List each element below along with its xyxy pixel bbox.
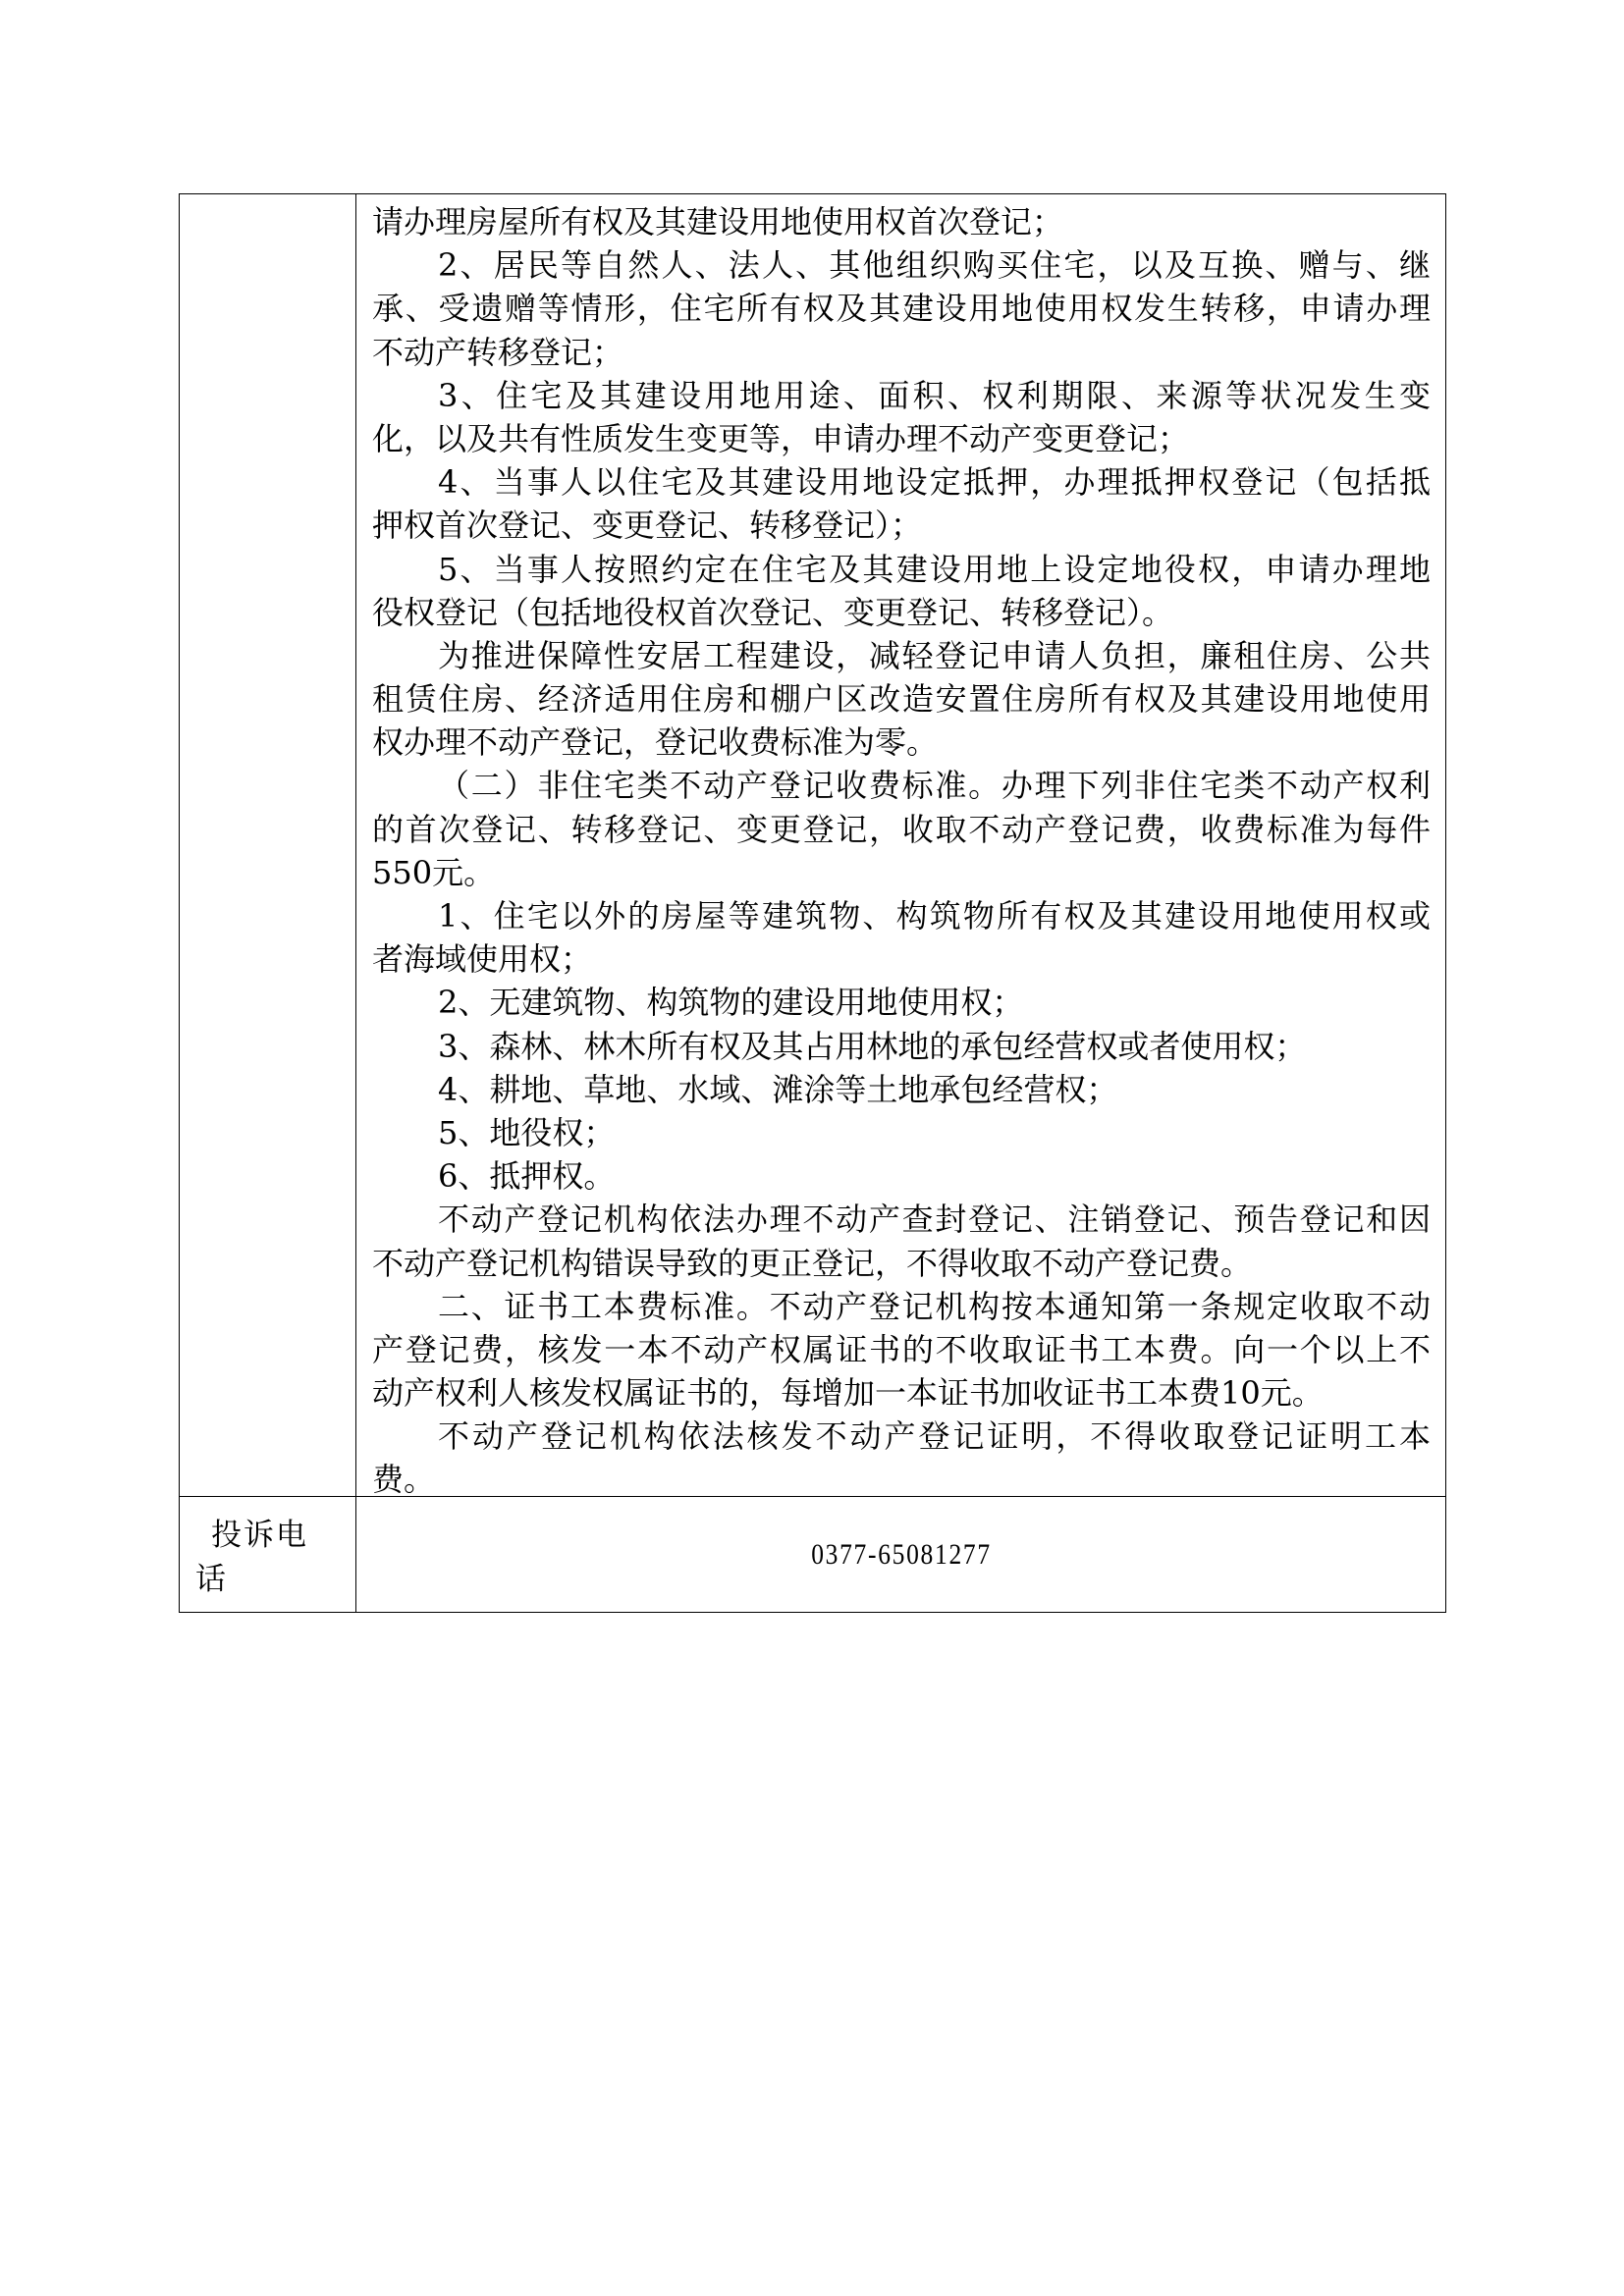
fee-standard-content: 请办理房屋所有权及其建设用地使用权首次登记； 2、居民等自然人、法人、其他组织购… [372,200,1431,1502]
content-line: 化，以及共有性质发生变更等，申请办理不动产变更登记； [372,417,1431,460]
content-line: 租赁住房、经济适用住房和棚户区改造安置住房所有权及其建设用地使用 [372,677,1431,721]
content-line: 二、证书工本费标准。不动产登记机构按本通知第一条规定收取不动 [372,1285,1431,1328]
fee-table: 请办理房屋所有权及其建设用地使用权首次登记； 2、居民等自然人、法人、其他组织购… [179,193,1446,1613]
complaint-phone-label-cell: 投诉电 话 [180,1497,355,1612]
content-line: 1、住宅以外的房屋等建筑物、构筑物所有权及其建设用地使用权或 [372,894,1431,937]
content-line: 动产权利人核发权属证书的，每增加一本证书加收证书工本费10元。 [372,1371,1431,1415]
content-line: 不动产登记机构依法办理不动产查封登记、注销登记、预告登记和因 [372,1198,1431,1241]
content-line: 4、耕地、草地、水域、滩涂等土地承包经营权； [372,1068,1431,1111]
content-line: 者海域使用权； [372,937,1431,981]
content-line: 5、地役权； [372,1111,1431,1154]
complaint-phone-number: 0377-65081277 [811,1538,992,1572]
complaint-phone-value-cell: 0377-65081277 [356,1497,1445,1612]
content-line: 役权登记（包括地役权首次登记、变更登记、转移登记）。 [372,591,1431,634]
content-line: 4、当事人以住宅及其建设用地设定抵押，办理抵押权登记（包括抵 [372,460,1431,504]
complaint-phone-label: 投诉电 [211,1514,308,1557]
content-line: 不动产转移登记； [372,331,1431,374]
content-line: 费。 [372,1458,1431,1501]
content-line: 为推进保障性安居工程建设，减轻登记申请人负担，廉租住房、公共 [372,634,1431,677]
content-line: 3、住宅及其建设用地用途、面积、权利期限、来源等状况发生变 [372,374,1431,417]
content-line: 5、当事人按照约定在住宅及其建设用地上设定地役权，申请办理地 [372,548,1431,591]
content-line: 2、无建筑物、构筑物的建设用地使用权； [372,981,1431,1024]
content-line: 请办理房屋所有权及其建设用地使用权首次登记； [372,200,1431,243]
content-line: （二）非住宅类不动产登记收费标准。办理下列非住宅类不动产权利 [372,764,1431,807]
content-line: 不动产登记机构依法核发不动产登记证明，不得收取登记证明工本 [372,1415,1431,1458]
column-divider [355,194,356,1612]
content-line: 产登记费，核发一本不动产权属证书的不收取证书工本费。向一个以上不 [372,1328,1431,1371]
content-line: 3、森林、林木所有权及其占用林地的承包经营权或者使用权； [372,1025,1431,1068]
content-line: 6、抵押权。 [372,1154,1431,1198]
content-line: 550元。 [372,851,1431,894]
content-line: 的首次登记、转移登记、变更登记，收取不动产登记费，收费标准为每件 [372,808,1431,851]
content-line: 承、受遗赠等情形，住宅所有权及其建设用地使用权发生转移，申请办理 [372,287,1431,330]
content-line: 2、居民等自然人、法人、其他组织购买住宅，以及互换、赠与、继 [372,243,1431,287]
content-line: 押权首次登记、变更登记、转移登记）； [372,504,1431,547]
content-line: 不动产登记机构错误导致的更正登记，不得收取不动产登记费。 [372,1242,1431,1285]
complaint-phone-label-wrap: 话 [195,1558,226,1601]
content-line: 权办理不动产登记，登记收费标准为零。 [372,721,1431,764]
